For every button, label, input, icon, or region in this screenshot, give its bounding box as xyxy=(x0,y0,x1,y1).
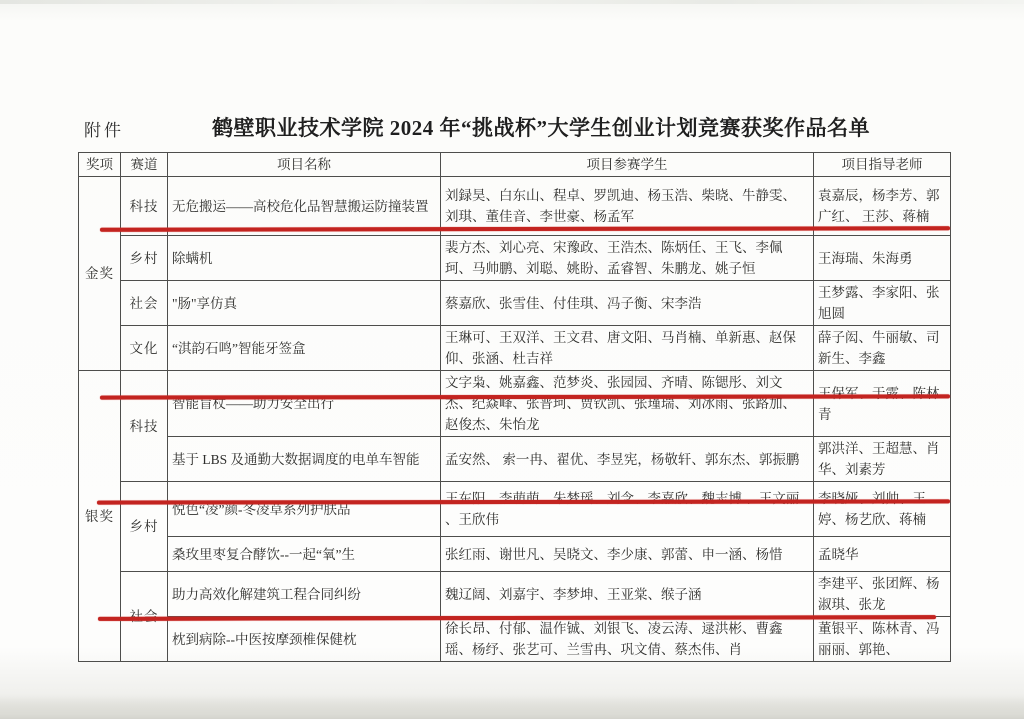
scanned-document-page: 附件 鹤壁职业技术学院 2024 年“挑战杯”大学生创业计划竞赛获奖作品名单 奖… xyxy=(0,0,1024,719)
column-header-teachers: 项目指导老师 xyxy=(814,153,951,177)
table-row: 乡村 悦色“凌”颜-冬凌草系列护肤品 王东阳、李萌萌、朱梦瑶、刘念、李嘉欣、魏志… xyxy=(79,482,951,537)
teachers-cell: 薛子闳、牛丽敏、司新生、李鑫 xyxy=(814,326,951,371)
project-cell: 基于 LBS 及通勤大数据调度的电单车智能 xyxy=(168,437,441,482)
students-cell: 裴方杰、刘心亮、宋豫政、王浩杰、陈炳任、王飞、李佩珂、马帅鹏、刘聪、姚盼、孟睿智… xyxy=(441,236,814,281)
project-cell: 枕到病除--中医按摩颈椎保健枕 xyxy=(168,617,441,662)
track-cell: 社会 xyxy=(121,281,168,326)
track-cell: 乡村 xyxy=(121,236,168,281)
table-row: 枕到病除--中医按摩颈椎保健枕 徐长昂、付郁、温作铖、刘银飞、凌云涛、逯洪彬、曹… xyxy=(79,617,951,662)
table-header-row: 奖项 赛道 项目名称 项目参赛学生 项目指导老师 xyxy=(79,153,951,177)
project-cell: 智能盲杖——助力安全出行 xyxy=(168,371,441,437)
table-row: 银奖 科技 智能盲杖——助力安全出行 文字枭、姚嘉鑫、范梦炎、张园园、齐晴、陈锶… xyxy=(79,371,951,437)
students-cell: 徐长昂、付郁、温作铖、刘银飞、凌云涛、逯洪彬、曹鑫瑶、杨纾、张艺可、兰雪冉、巩文… xyxy=(441,617,814,662)
table-row: 基于 LBS 及通勤大数据调度的电单车智能 孟安然、 索一冉、翟优、李昱宪，杨敬… xyxy=(79,437,951,482)
project-cell: "肠"享仿真 xyxy=(168,281,441,326)
table-row: 文化 “淇韵石鸣”智能牙签盒 王琳可、王双洋、王文君、唐文阳、马肖楠、单新惠、赵… xyxy=(79,326,951,371)
table-row: 乡村 除螨机 裴方杰、刘心亮、宋豫政、王浩杰、陈炳任、王飞、李佩珂、马帅鹏、刘聪… xyxy=(79,236,951,281)
scan-edge-top xyxy=(0,0,1024,4)
students-cell: 王琳可、王双洋、王文君、唐文阳、马肖楠、单新惠、赵保仰、张涵、杜吉祥 xyxy=(441,326,814,371)
teachers-cell: 孟晓华 xyxy=(814,537,951,572)
teachers-cell: 王梦露、李家阳、张旭圆 xyxy=(814,281,951,326)
project-cell: 桑玫里枣复合酵饮--一起“氧”生 xyxy=(168,537,441,572)
teachers-cell: 李建平、张团辉、杨淑琪、张龙 xyxy=(814,572,951,617)
project-cell: 悦色“凌”颜-冬凌草系列护肤品 xyxy=(168,482,441,537)
students-cell: 文字枭、姚嘉鑫、范梦炎、张园园、齐晴、陈锶彤、刘文杰、纪焱峰、张普珂、贾钦凯、张… xyxy=(441,371,814,437)
students-cell: 张红雨、谢世凡、吴晓文、李少康、郭蕾、申一涵、杨惜 xyxy=(441,537,814,572)
column-header-track: 赛道 xyxy=(121,153,168,177)
teachers-cell: 王海瑞、朱海勇 xyxy=(814,236,951,281)
scan-edge-bottom xyxy=(0,694,1024,719)
project-cell: “淇韵石鸣”智能牙签盒 xyxy=(168,326,441,371)
teachers-cell: 李晓娅、刘帅、王婷、杨艺欣、蒋楠 xyxy=(814,482,951,537)
teachers-cell: 王保军、于露、陈林青 xyxy=(814,371,951,437)
students-cell: 蔡嘉欣、张雪佳、付佳琪、冯子衡、宋李浩 xyxy=(441,281,814,326)
students-cell: 魏辽阔、刘嘉宇、李梦坤、王亚棠、缑子涵 xyxy=(441,572,814,617)
project-cell: 助力高效化解建筑工程合同纠纷 xyxy=(168,572,441,617)
teachers-cell: 董银平、陈林青、冯丽丽、郭艳、 xyxy=(814,617,951,662)
table-row: 社会 助力高效化解建筑工程合同纠纷 魏辽阔、刘嘉宇、李梦坤、王亚棠、缑子涵 李建… xyxy=(79,572,951,617)
project-cell: 除螨机 xyxy=(168,236,441,281)
table-row: 社会 "肠"享仿真 蔡嘉欣、张雪佳、付佳琪、冯子衡、宋李浩 王梦露、李家阳、张旭… xyxy=(79,281,951,326)
document-title: 鹤壁职业技术学院 2024 年“挑战杯”大学生创业计划竞赛获奖作品名单 xyxy=(110,112,972,142)
teachers-cell: 郭洪洋、王超慧、肖华、刘素芳 xyxy=(814,437,951,482)
students-cell: 孟安然、 索一冉、翟优、李昱宪，杨敬轩、郭东杰、郭振鹏 xyxy=(441,437,814,482)
column-header-students: 项目参赛学生 xyxy=(441,153,814,177)
column-header-award: 奖项 xyxy=(79,153,121,177)
award-gold-cell: 金奖 xyxy=(79,177,121,371)
students-cell: 王东阳、李萌萌、朱梦瑶、刘念、李嘉欣、魏志博 、王文丽 、王欣伟 xyxy=(441,482,814,537)
track-cell: 科技 xyxy=(121,371,168,482)
track-cell: 文化 xyxy=(121,326,168,371)
track-cell: 乡村 xyxy=(121,482,168,572)
table-row: 桑玫里枣复合酵饮--一起“氧”生 张红雨、谢世凡、吴晓文、李少康、郭蕾、申一涵、… xyxy=(79,537,951,572)
column-header-project: 项目名称 xyxy=(168,153,441,177)
